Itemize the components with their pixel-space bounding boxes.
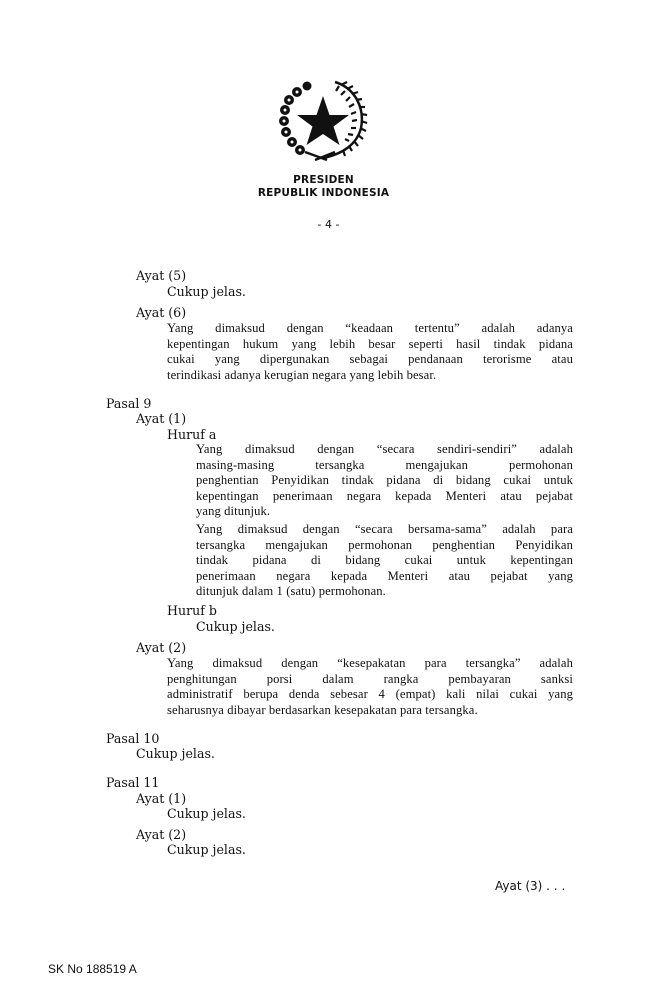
presidential-emblem-icon: [277, 78, 369, 164]
paragraph-line: seharusnya dibayar berdasarkan kesepakat…: [167, 703, 573, 719]
paragraph-line: administratif berupa denda sebesar 4 (em…: [167, 687, 573, 703]
paragraph-line: Yang dimaksud dengan “keadaan tertentu” …: [167, 321, 573, 337]
paragraph-line: tersangka mengajukan permohonan penghent…: [196, 538, 573, 554]
header-republic: REPUBLIK INDONESIA: [0, 187, 650, 200]
paragraph-line: terindikasi adanya kerugian negara yang …: [167, 368, 573, 384]
paragraph-line: Yang dimaksud dengan “secara sendiri-sen…: [196, 442, 573, 458]
paragraph-line: kepentingan hukum yang lebih besar seper…: [167, 337, 573, 353]
ayat-5-text: Cukup jelas.: [167, 284, 246, 300]
pasal-11-ayat-1-label: Ayat (1): [136, 791, 186, 807]
huruf-a-label: Huruf a: [167, 427, 216, 443]
paragraph-line: yang ditunjuk.: [196, 504, 573, 520]
pasal-9-ayat-1-label: Ayat (1): [136, 411, 186, 427]
paragraph-line: ditunjuk dalam 1 (satu) permohonan.: [196, 584, 573, 600]
huruf-b-label: Huruf b: [167, 603, 217, 619]
ayat-6-label: Ayat (6): [136, 305, 186, 321]
pasal-9-ayat-2-paragraph: Yang dimaksud dengan “kesepakatan para t…: [167, 656, 573, 718]
page-number: - 4 -: [2, 218, 653, 231]
huruf-a-paragraph-2: Yang dimaksud dengan “secara bersama-sam…: [196, 522, 573, 600]
continuation-marker: Ayat (3) . . .: [495, 879, 565, 893]
header-president: PRESIDEN: [0, 174, 650, 187]
ayat-5-label: Ayat (5): [136, 268, 186, 284]
paragraph-line: Yang dimaksud dengan “secara bersama-sam…: [196, 522, 573, 538]
pasal-11-label: Pasal 11: [106, 775, 159, 791]
paragraph-line: kepentingan penerimaan negara kepada Men…: [196, 489, 573, 505]
paragraph-line: tindak pidana di bidang cukai untuk kepe…: [196, 553, 573, 569]
ayat-6-paragraph: Yang dimaksud dengan “keadaan tertentu” …: [167, 321, 573, 383]
huruf-a-paragraph-1: Yang dimaksud dengan “secara sendiri-sen…: [196, 442, 573, 520]
pasal-10-text: Cukup jelas.: [136, 746, 215, 762]
paragraph-line: cukai yang dipergunakan sebagai pendanaa…: [167, 352, 573, 368]
paragraph-line: penghentian Penyidikan tindak pidana di …: [196, 473, 573, 489]
paragraph-line: penghitungan porsi dalam rangka pembayar…: [167, 672, 573, 688]
pasal-10-label: Pasal 10: [106, 731, 159, 747]
paragraph-line: penerimaan negara kepada Menteri atau pe…: [196, 569, 573, 585]
pasal-9-ayat-2-label: Ayat (2): [136, 640, 186, 656]
document-code: SK No 188519 A: [48, 962, 137, 976]
pasal-9-label: Pasal 9: [106, 396, 151, 412]
pasal-11-ayat-1-text: Cukup jelas.: [167, 806, 246, 822]
pasal-11-ayat-2-text: Cukup jelas.: [167, 842, 246, 858]
paragraph-line: masing-masing tersangka mengajukan permo…: [196, 458, 573, 474]
pasal-11-ayat-2-label: Ayat (2): [136, 827, 186, 843]
paragraph-line: Yang dimaksud dengan “kesepakatan para t…: [167, 656, 573, 672]
huruf-b-text: Cukup jelas.: [196, 619, 275, 635]
